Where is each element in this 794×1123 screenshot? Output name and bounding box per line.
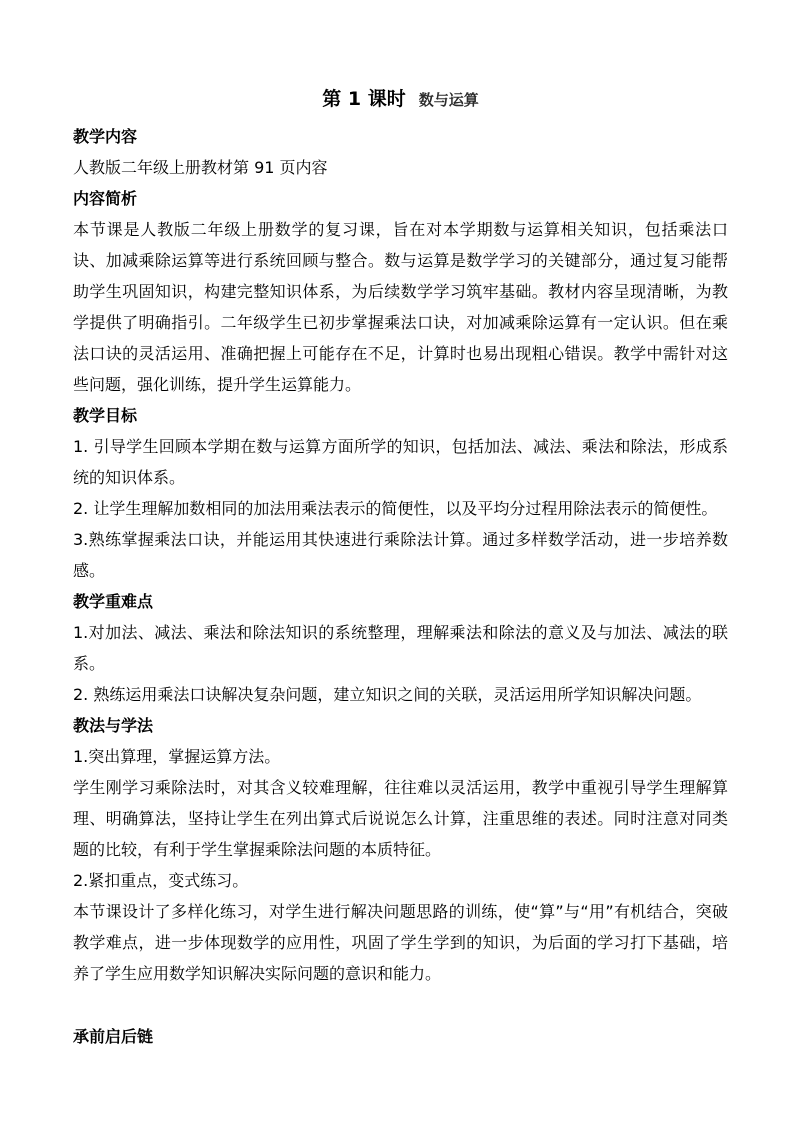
document-body: 教学内容 人教版二年级上册教材第 91 页内容 内容简析 本节课是人教版二年级上… (73, 121, 728, 1052)
section-key-difficulties: 教学重难点 1.对加法、减法、乘法和除法知识的系统整理，理解乘法和除法的意义及与… (73, 586, 728, 710)
section-link-chain: 承前启后链 (73, 1021, 728, 1052)
paragraph: 3.熟练掌握乘法口诀，并能运用其快速进行乘除法计算。通过多样数学活动，进一步培养… (73, 524, 728, 586)
document-page: 第 1 课时数与运算 教学内容 人教版二年级上册教材第 91 页内容 内容简析 … (0, 0, 794, 1123)
section-heading: 内容简析 (73, 183, 728, 214)
paragraph: 2. 让学生理解加数相同的加法用乘法表示的简便性，以及平均分过程用除法表示的简便… (73, 493, 728, 524)
paragraph: 本节课是人教版二年级上册数学的复习课，旨在对本学期数与运算相关知识，包括乘法口诀… (73, 214, 728, 400)
lesson-title-sub: 数与运算 (419, 91, 479, 109)
paragraph: 2. 熟练运用乘法口诀解决复杂问题，建立知识之间的关联，灵活运用所学知识解决问题… (73, 679, 728, 710)
paragraph: 人教版二年级上册教材第 91 页内容 (73, 152, 728, 183)
section-teaching-goals: 教学目标 1. 引导学生回顾本学期在数与运算方面所学的知识，包括加法、减法、乘法… (73, 400, 728, 586)
paragraph: 2.紧扣重点，变式练习。 (73, 865, 728, 896)
paragraph: 1.对加法、减法、乘法和除法知识的系统整理，理解乘法和除法的意义及与加法、减法的… (73, 617, 728, 679)
paragraph: 本节课设计了多样化练习，对学生进行解决问题思路的训练，使“算”与“用”有机结合，… (73, 896, 728, 989)
lesson-title: 第 1 课时数与运算 (73, 86, 728, 113)
paragraph: 1. 引导学生回顾本学期在数与运算方面所学的知识，包括加法、减法、乘法和除法，形… (73, 431, 728, 493)
paragraph: 学生刚学习乘除法时，对其含义较难理解，往往难以灵活运用，教学中重视引导学生理解算… (73, 772, 728, 865)
section-teaching-methods: 教法与学法 1.突出算理，掌握运算方法。 学生刚学习乘除法时，对其含义较难理解，… (73, 710, 728, 989)
paragraph: 1.突出算理，掌握运算方法。 (73, 741, 728, 772)
section-heading: 教学内容 (73, 121, 728, 152)
lesson-title-main: 第 1 课时 (322, 88, 405, 110)
section-heading: 教学目标 (73, 400, 728, 431)
section-heading: 教法与学法 (73, 710, 728, 741)
section-content-analysis: 内容简析 本节课是人教版二年级上册数学的复习课，旨在对本学期数与运算相关知识，包… (73, 183, 728, 400)
section-heading: 承前启后链 (73, 1021, 728, 1052)
section-heading: 教学重难点 (73, 586, 728, 617)
section-teaching-content: 教学内容 人教版二年级上册教材第 91 页内容 (73, 121, 728, 183)
